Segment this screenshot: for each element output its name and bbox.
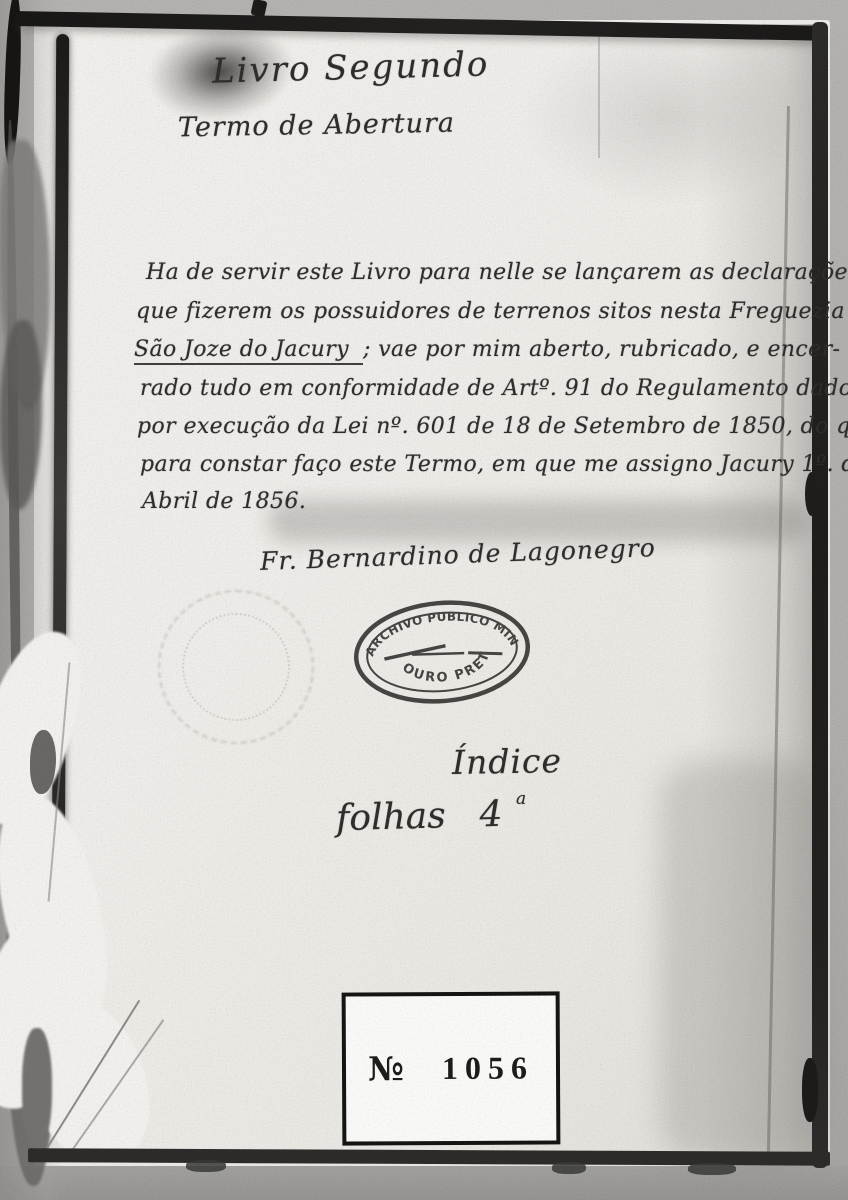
folio-word: folhas xyxy=(335,795,446,839)
body-line: que fizerem os possuidores de terrenos s… xyxy=(136,299,848,324)
cover-right-edge xyxy=(812,22,828,1168)
body-line-continuation: ; vae por mim aberto, rubricado, e encer… xyxy=(363,337,840,362)
index-superscript: a xyxy=(516,789,526,809)
catalog-number-label: № 1056 xyxy=(342,991,561,1145)
paper-hole xyxy=(22,1028,52,1148)
cover-edge-blob xyxy=(186,1160,226,1172)
cover-edge-bump xyxy=(802,1058,818,1122)
opening-term-heading: Termo de Abertura xyxy=(178,108,455,144)
body-line: Ha de servir este Livro para nelle se la… xyxy=(146,260,848,285)
body-line: rado tudo em conformidade de Artº. 91 do… xyxy=(140,376,848,401)
cover-edge-bump xyxy=(805,472,818,516)
index-note: Índice xyxy=(452,741,563,782)
cover-edge-blob xyxy=(688,1163,736,1175)
bleedthrough-smudge xyxy=(268,500,808,542)
numero-sign: № xyxy=(368,1049,404,1088)
underlined-parish-name: São Joze do Jacury xyxy=(134,337,363,365)
page-title: Livro Segundo xyxy=(212,44,490,91)
faint-stamp-inner-ring xyxy=(182,613,290,721)
folio-number: 4 xyxy=(479,794,503,836)
body-line: para constar faço este Termo, em que me … xyxy=(140,452,848,477)
body-line: por execução da Lei nº. 601 de 18 de Set… xyxy=(137,414,848,439)
body-line: São Joze do Jacury; vae por mim aberto, … xyxy=(134,337,840,362)
catalog-number: 1056 xyxy=(442,1050,534,1087)
cover-edge-blob xyxy=(552,1162,586,1174)
scanned-manuscript-page: Livro Segundo Termo de Abertura Ha de se… xyxy=(0,0,848,1200)
folio-note: folhas 4 xyxy=(335,794,503,839)
archive-oval-stamp: ARCHIVO PUBLICO MINEIRO OURO PRETO xyxy=(346,589,539,715)
body-line: Abril de 1856. xyxy=(142,489,306,514)
